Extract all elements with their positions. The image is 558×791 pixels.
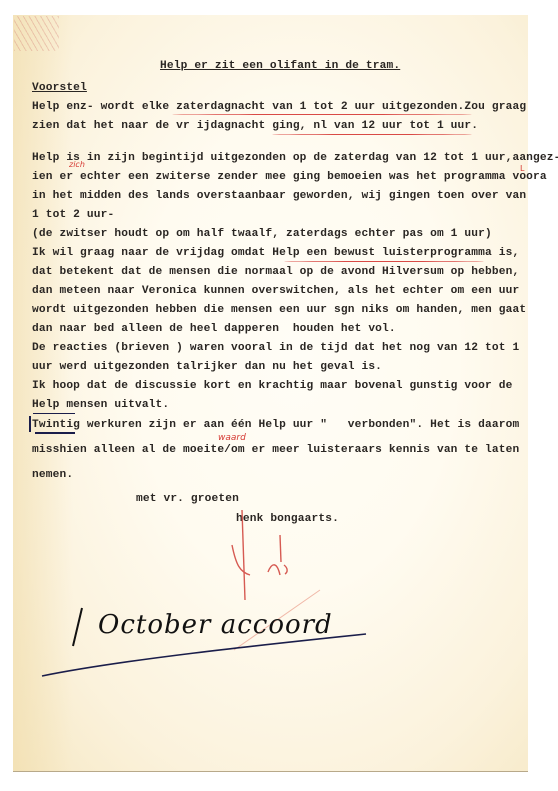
handwritten-note: October accoord [98, 610, 333, 640]
blue-signature-underline [42, 634, 366, 676]
handwriting-marks [0, 0, 558, 791]
handwritten-one [73, 608, 82, 646]
